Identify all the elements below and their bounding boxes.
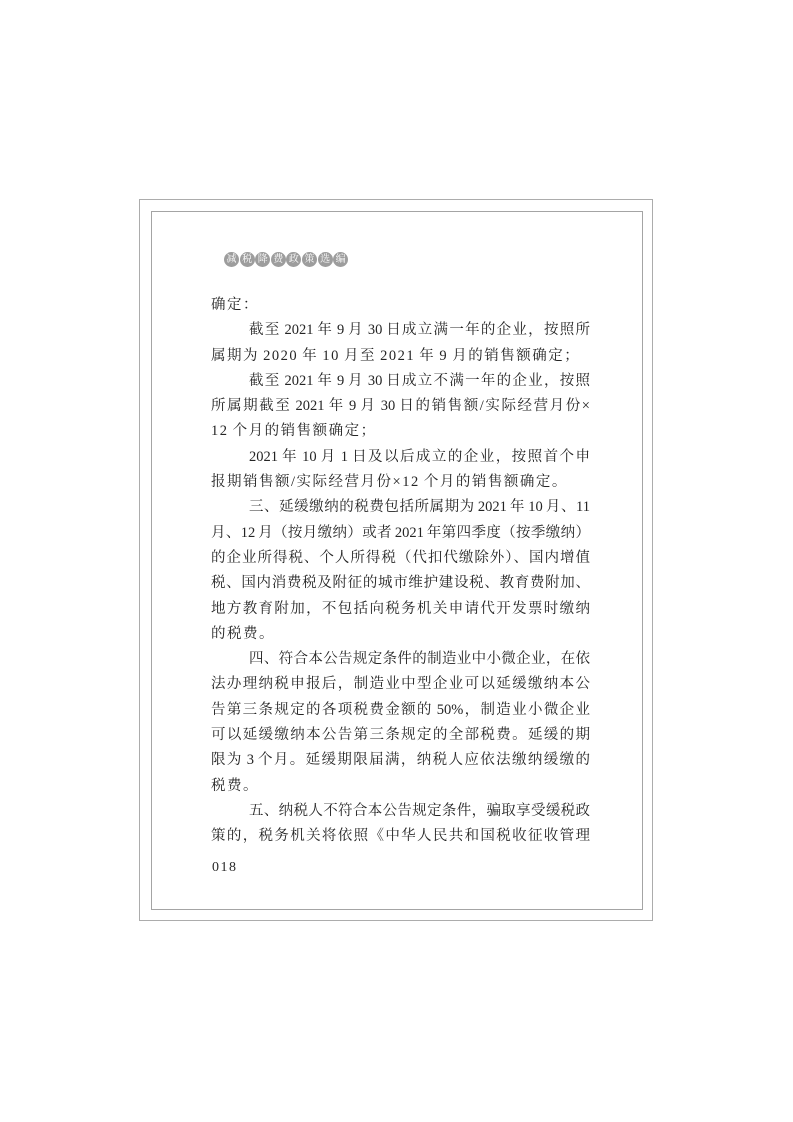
text-line: 属期为 2020 年 10 月至 2021 年 9 月的销售额确定； <box>211 344 590 369</box>
text-line: 12 个月的销售额确定； <box>211 419 590 444</box>
text-line: 截至 2021 年 9 月 30 日成立不满一年的企业，按照 <box>211 369 590 394</box>
text-line: 所属期截至 2021 年 9 月 30 日的销售额/实际经营月份× <box>211 394 590 419</box>
text-line: 税费。 <box>211 774 590 799</box>
book-series-logo: 减税降费政策选编 <box>224 252 348 267</box>
logo-circle-char: 选 <box>318 252 333 267</box>
text-line: 截至 2021 年 9 月 30 日成立满一年的企业，按照所 <box>211 318 590 343</box>
text-line: 确定： <box>211 293 590 318</box>
logo-circle-char: 编 <box>333 252 348 267</box>
text-line: 月、12 月（按月缴纳）或者 2021 年第四季度（按季缴纳） <box>211 521 590 546</box>
text-line: 限为 3 个月。延缓期限届满，纳税人应依法缴纳缓缴的 <box>211 748 590 773</box>
text-line: 五、纳税人不符合本公告规定条件，骗取享受缓税政 <box>211 799 590 824</box>
text-line: 的税费。 <box>211 622 590 647</box>
text-line: 可以延缓缴纳本公告第三条规定的全部税费。延缓的期 <box>211 723 590 748</box>
logo-circle-char: 策 <box>302 252 317 267</box>
text-line: 法办理纳税申报后，制造业中型企业可以延缓缴纳本公 <box>211 672 590 697</box>
book-page: 减税降费政策选编 确定：截至 2021 年 9 月 30 日成立满一年的企业，按… <box>0 0 793 1122</box>
text-line: 告第三条规定的各项税费金额的 50%，制造业小微企业 <box>211 698 590 723</box>
logo-circle-char: 费 <box>271 252 286 267</box>
logo-circle-char: 减 <box>224 252 239 267</box>
text-line: 税、国内消费税及附征的城市维护建设税、教育费附加、 <box>211 571 590 596</box>
text-line: 的企业所得税、个人所得税（代扣代缴除外）、国内增值 <box>211 546 590 571</box>
text-line: 三、延缓缴纳的税费包括所属期为 2021 年 10 月、11 <box>211 495 590 520</box>
text-line: 地方教育附加，不包括向税务机关申请代开发票时缴纳 <box>211 597 590 622</box>
logo-circle-char: 税 <box>240 252 255 267</box>
body-text: 确定：截至 2021 年 9 月 30 日成立满一年的企业，按照所属期为 202… <box>211 293 590 850</box>
text-line: 报期销售额/实际经营月份×12 个月的销售额确定。 <box>211 470 590 495</box>
text-line: 四、符合本公告规定条件的制造业中小微企业，在依 <box>211 647 590 672</box>
logo-circle-char: 政 <box>286 252 301 267</box>
text-line: 2021 年 10 月 1 日及以后成立的企业，按照首个申 <box>211 445 590 470</box>
text-line: 策的，税务机关将依照《中华人民共和国税收征收管理 <box>211 824 590 849</box>
page-number: 018 <box>212 860 238 876</box>
logo-circle-char: 降 <box>255 252 270 267</box>
